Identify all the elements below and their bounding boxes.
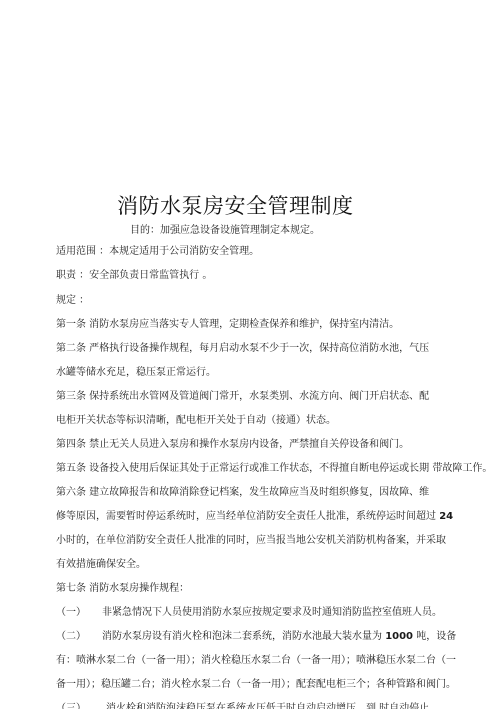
- sub-item-2-line-3: 备一用）；稳压罐二台；消火栓水泵二台（一备一用）；配套配电柜三个；各种管路和阀门…: [56, 679, 456, 691]
- article-2-line-1: 第二条 严格执行设备操作规程，每月启动水泵不少于一次，保持高位消防水池，气压: [56, 343, 429, 355]
- article-7: 第七条 消防水泵房操作规程：: [56, 583, 189, 595]
- sub-item-1-number: （一）: [56, 607, 102, 619]
- hours-value: 24: [439, 511, 453, 522]
- article-6-line-3: 小时的，在单位消防安全责任人批准的同时，应当报当地公安机关消防机构备案，并采取: [56, 535, 446, 547]
- article-4: 第四条 禁止无关人员进入泵房和操作水泵房内设备，严禁擅自关停设备和阀门。: [56, 439, 409, 451]
- sub-item-3-text: 消火栓和消防泡沫稳压泵在系统水压低于时自动启动增压，到 时自动停止。: [106, 703, 439, 709]
- water-capacity-value: 1000: [385, 631, 413, 642]
- article-6-line-2-text: 修等原因，需要暂时停运系统时，应当经单位消防安全责任人批准，系统停运时间超过: [56, 511, 439, 522]
- article-6-line-4: 有效措施确保安全。: [56, 559, 146, 571]
- sub-item-2-line-1: （二）消防水泵房设有消火栓和泡沫二套系统，消防水池最大装水量为 1000 吨，设…: [56, 631, 456, 643]
- sub-item-1: （一）非紧急情况下人员使用消防水泵应按规定要求及时通知消防监控室值班人员。: [56, 607, 442, 619]
- document-title: 消防水泵房安全管理制度: [117, 190, 354, 220]
- article-2-line-2: 水罐等储水充足，稳压泵正常运行。: [56, 367, 216, 379]
- sub-item-2-text-a: 消防水泵房设有消火栓和泡沫二套系统，消防水池最大装水量为: [102, 631, 385, 642]
- sub-item-2-number: （二）: [56, 631, 102, 643]
- article-3-line-1: 第三条 保持系统出水管网及管道阀门常开，水泵类别、水流方向、阀门开启状态、配: [56, 391, 429, 403]
- article-1: 第一条 消防水泵房应当落实专人管理，定期检查保养和维护，保持室内清洁。: [56, 319, 399, 331]
- scope-text: 适用范围 ：本规定适用于公司消防安全管理。: [56, 246, 259, 258]
- rules-heading: 规定 ：: [56, 295, 89, 307]
- purpose-text: 目的：加强应急设备设施管理制定本规定。: [130, 225, 320, 237]
- sub-item-1-text: 非紧急情况下人员使用消防水泵应按规定要求及时通知消防监控室值班人员。: [102, 607, 442, 618]
- article-6-line-2: 修等原因，需要暂时停运系统时，应当经单位消防安全责任人批准，系统停运时间超过 2…: [56, 511, 453, 523]
- sub-item-3: （三）消火栓和消防泡沫稳压泵在系统水压低于时自动启动增压，到 时自动停止。: [56, 703, 439, 709]
- article-6-line-1: 第六条 建立故障报告和故障消除登记档案，发生故障应当及时组织修复，因故障、维: [56, 487, 429, 499]
- sub-item-3-number: （三）: [56, 703, 106, 709]
- duty-text: 职责 ：安全部负责日常监管执行 。: [56, 270, 212, 282]
- article-3-line-2: 电柜开关状态等标识清晰，配电柜开关处于自动（接通）状态。: [56, 415, 336, 427]
- sub-item-2-text-b: 吨，设备: [413, 631, 456, 642]
- sub-item-2-line-2: 有：喷淋水泵二台（一备一用）；消火栓稳压水泵二台（一备一用）；喷淋稳压水泵二台（…: [56, 655, 456, 667]
- article-5: 第五条 设备投入使用后保证其处于正常运行或准工作状态，不得擅自断电停运或长期 带…: [56, 463, 492, 475]
